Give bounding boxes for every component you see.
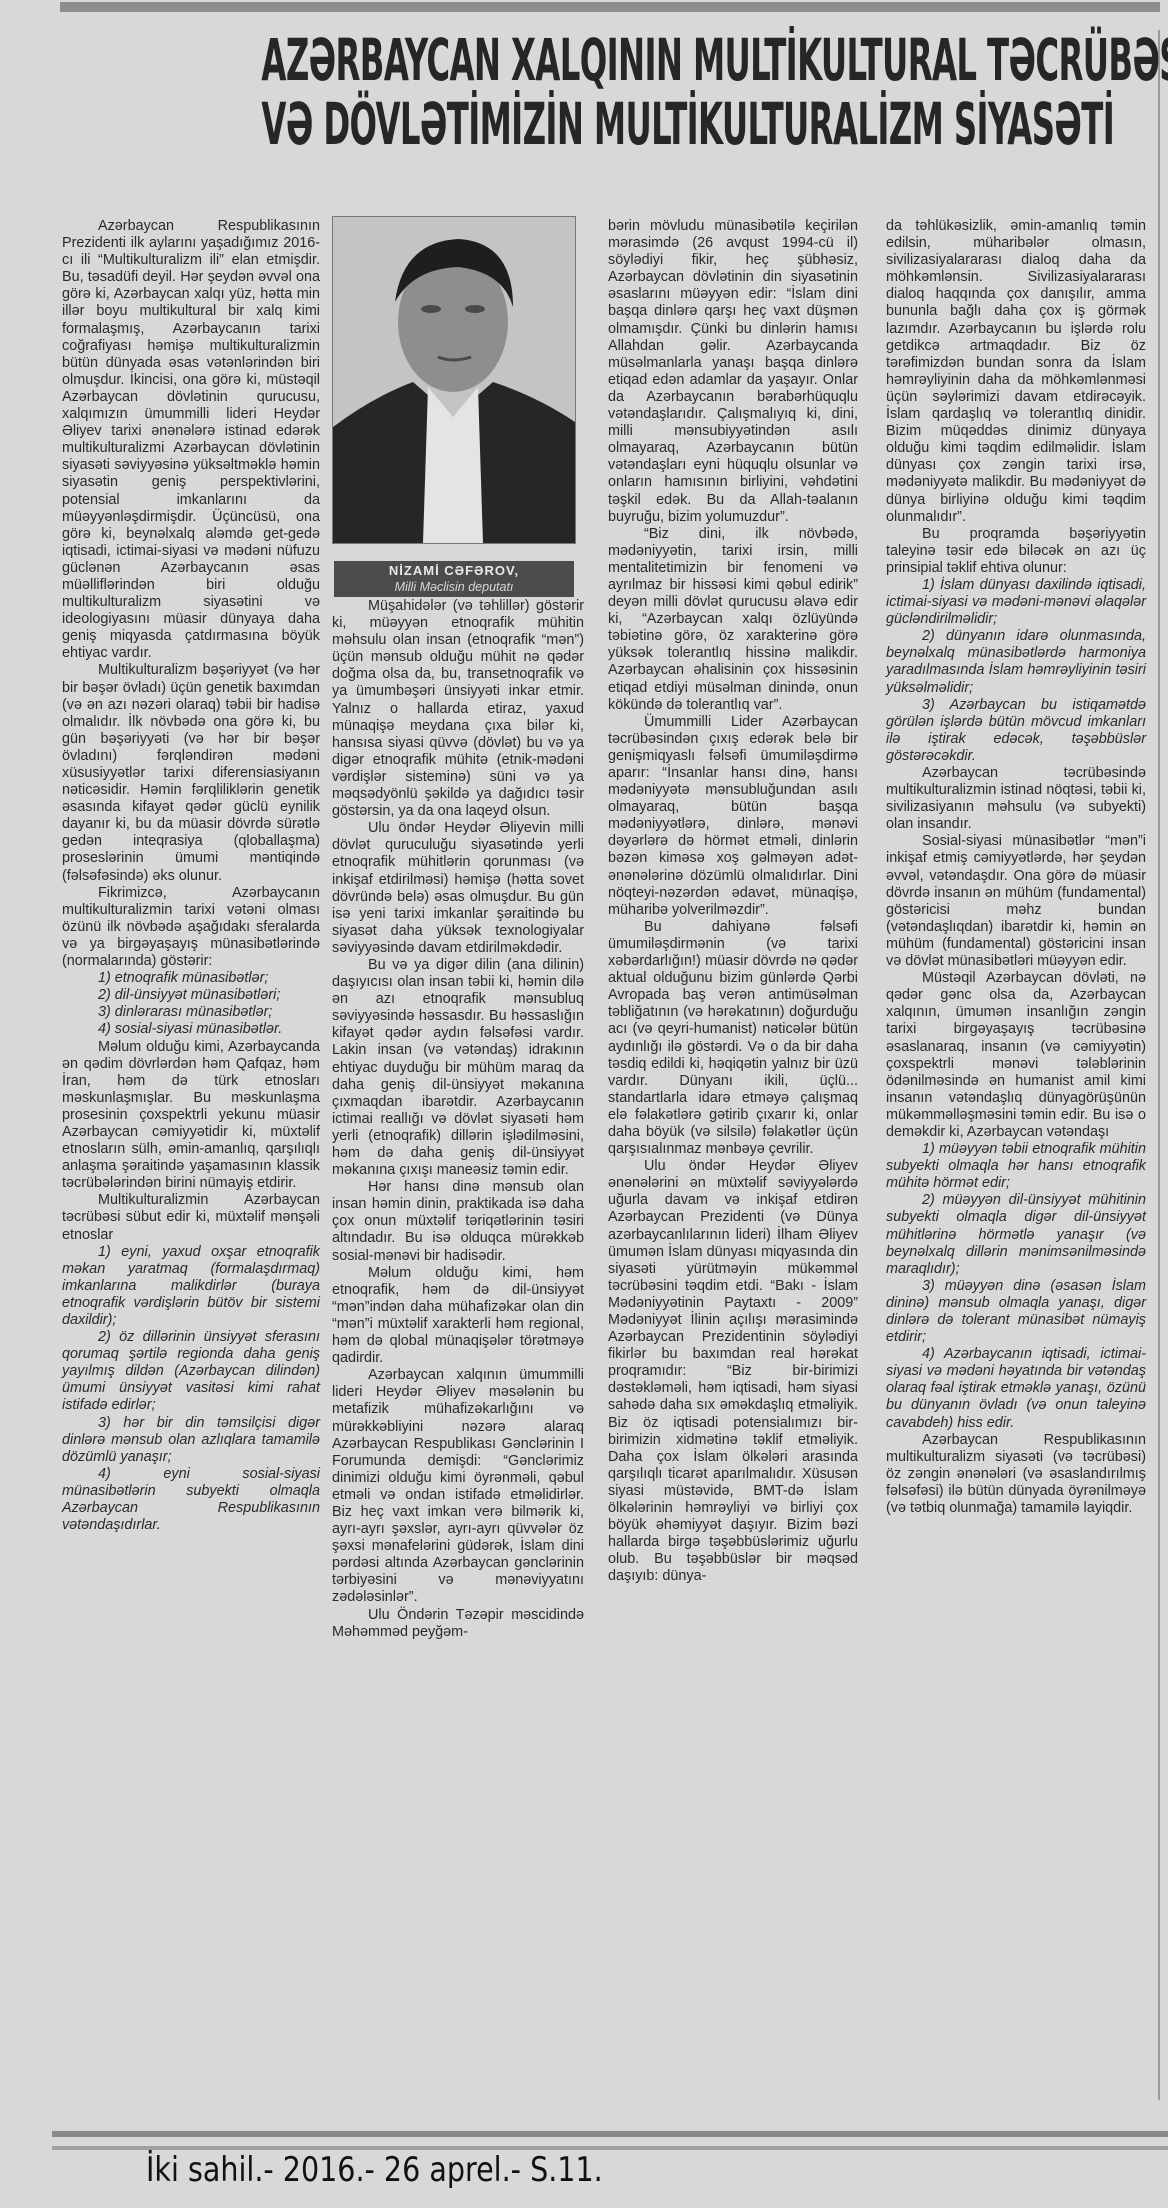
headline-line-2: VƏ DÖVLƏTİMİZİN MULTİKULTURALİZM SİYASƏT… (261, 92, 918, 156)
headline: AZƏRBAYCAN XALQININ MULTİKULTURAL TƏCRÜB… (60, 28, 1120, 156)
article-paragraph: Ulu öndər Heydər Əliyev ənənələrini ən m… (608, 1158, 858, 1585)
column-rule (1158, 30, 1160, 2100)
article-paragraph: “Biz dini, ilk növbədə, mədəniyyətin, ta… (608, 526, 858, 714)
article-paragraph: Sosial-siyasi münasibətlər “mən”i inkişa… (886, 833, 1146, 970)
article-paragraph: Hər hansı dinə mənsub olan insan həmin d… (332, 1179, 584, 1264)
article-paragraph: Müstəqil Azərbaycan dövləti, nə qədər gə… (886, 970, 1146, 1141)
article-paragraph: Məlum olduğu kimi, Azərbaycanda ən qədim… (62, 1039, 320, 1193)
portrait-icon (333, 217, 575, 543)
list-item-paragraph: 3) hər bir din təmsilçisi digər dinlərə … (62, 1415, 320, 1466)
author-portrait-photo (332, 216, 576, 544)
list-item-paragraph: 2) dünyanın idarə olunmasında, beynəlxal… (886, 628, 1146, 696)
column-1: Azərbaycan Respublikasının Prezidenti il… (62, 218, 320, 1534)
list-item-paragraph: 2) dil-ünsiyyət münasibətləri; (62, 987, 320, 1004)
author-caption: NİZAMİ CƏFƏROV, Milli Məclisin deputatı (334, 561, 574, 597)
article-paragraph: Multikulturalizmin Azərbaycan təcrübəsi … (62, 1192, 320, 1243)
newspaper-page: AZƏRBAYCAN XALQININ MULTİKULTURAL TƏCRÜB… (0, 0, 1168, 2208)
headline-line-1: AZƏRBAYCAN XALQININ MULTİKULTURAL TƏCRÜB… (261, 28, 918, 92)
article-paragraph: Bu və ya digər dilin (ana dilinin) daşıy… (332, 957, 584, 1179)
column-4: da təhlükəsizlik, əmin-amanlıq təmin edi… (886, 218, 1146, 1517)
bottom-rule (52, 2131, 1168, 2137)
source-citation: İki sahil.- 2016.- 26 aprel.- S.11. (146, 2150, 603, 2190)
list-item-paragraph: 2) müəyyən dil-ünsiyyət mühitinin subyek… (886, 1192, 1146, 1277)
list-item-paragraph: 2) öz dillərinin ünsiyyət sferasını qoru… (62, 1329, 320, 1414)
article-paragraph: Azərbaycan Respublikasının multikultural… (886, 1432, 1146, 1517)
author-role: Milli Məclisin deputatı (334, 580, 574, 595)
author-name: NİZAMİ CƏFƏROV, (334, 561, 574, 580)
list-item-paragraph: 1) müəyyən təbii etnoqrafik mühitin suby… (886, 1141, 1146, 1192)
list-item-paragraph: 1) İslam dünyası daxilində iqtisadi, ict… (886, 577, 1146, 628)
list-item-paragraph: 4) sosial-siyasi münasibətlər. (62, 1021, 320, 1038)
article-paragraph: Multikulturalizm bəşəriyyət (və hər bir … (62, 662, 320, 884)
article-paragraph: bərin mövludu münasibətilə keçirilən mər… (608, 218, 858, 526)
article-paragraph: Ümummilli Lider Azərbaycan təcrübəsindən… (608, 714, 858, 919)
list-item-paragraph: 1) eyni, yaxud oxşar etnoqrafik məkan ya… (62, 1244, 320, 1329)
article-paragraph: Məlum olduğu kimi, həm etnoqrafik, həm d… (332, 1265, 584, 1368)
top-rule (60, 2, 1160, 12)
list-item-paragraph: 3) dinlərarası münasibətlər; (62, 1004, 320, 1021)
column-2: Müşahidələr (və təhlillər) göstərir ki, … (332, 598, 584, 1641)
article-paragraph: Ulu öndər Heydər Əliyevin milli dövlət q… (332, 820, 584, 957)
article-paragraph: Bu proqramda bəşəriyyətin taleyinə təsir… (886, 526, 1146, 577)
article-paragraph: Ulu Öndərin Təzəpir məscidində Məhəmməd … (332, 1607, 584, 1641)
article-paragraph: Azərbaycan Respublikasının Prezidenti il… (62, 218, 320, 662)
list-item-paragraph: 4) eyni sosial-siyasi münasibətlərin sub… (62, 1466, 320, 1534)
article-paragraph: Bu dahiyanə fəlsəfi ümumiləşdirmənin (və… (608, 919, 858, 1158)
article-paragraph: da təhlükəsizlik, əmin-amanlıq təmin edi… (886, 218, 1146, 526)
list-item-paragraph: 4) Azərbaycanın iqtisadi, ictimai-siyasi… (886, 1346, 1146, 1431)
list-item-paragraph: 3) müəyyən dinə (əsasən İslam dininə) mə… (886, 1278, 1146, 1346)
list-item-paragraph: 1) etnoqrafik münasibətlər; (62, 970, 320, 987)
column-3: bərin mövludu münasibətilə keçirilən mər… (608, 218, 858, 1586)
article-paragraph: Azərbaycan xalqının ümummilli lideri Hey… (332, 1367, 584, 1606)
article-paragraph: Müşahidələr (və təhlillər) göstərir ki, … (332, 598, 584, 820)
article-paragraph: Fikrimizcə, Azərbaycanın multikulturaliz… (62, 885, 320, 970)
article-paragraph: Azərbaycan təcrübəsində multikulturalizm… (886, 765, 1146, 833)
list-item-paragraph: 3) Azərbaycan bu istiqamətdə görülən işl… (886, 697, 1146, 765)
